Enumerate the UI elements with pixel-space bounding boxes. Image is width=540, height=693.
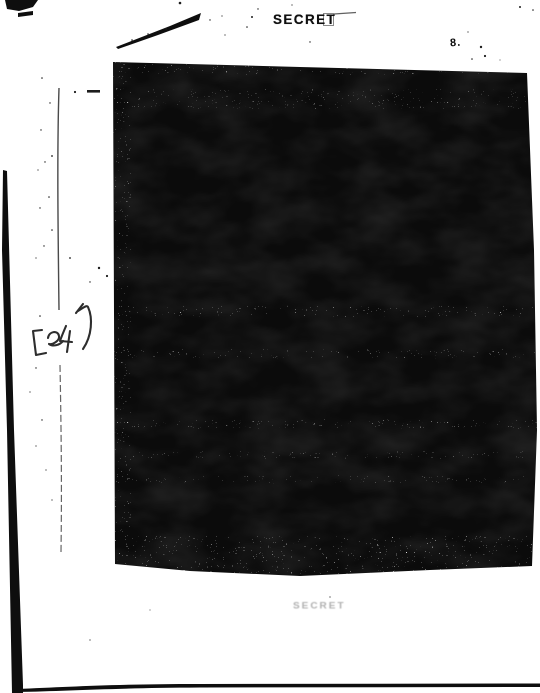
fold-line (58, 88, 62, 552)
scan-artifacts-layer (0, 0, 540, 693)
bottom-edge-line (16, 684, 540, 693)
left-edge-artifact (2, 170, 23, 693)
page-number-mark: 8. (450, 37, 462, 50)
secret-stamp-bottom: SECRET (293, 601, 346, 611)
redaction-block (108, 58, 540, 580)
crease-wedge-artifact (116, 13, 201, 49)
scanned-document-page: SECRET 8. SECRET (0, 0, 540, 693)
corner-blob-artifact (5, 0, 38, 11)
handwritten-annotation (33, 304, 91, 355)
secret-stamp-top: SECRET (273, 11, 336, 27)
